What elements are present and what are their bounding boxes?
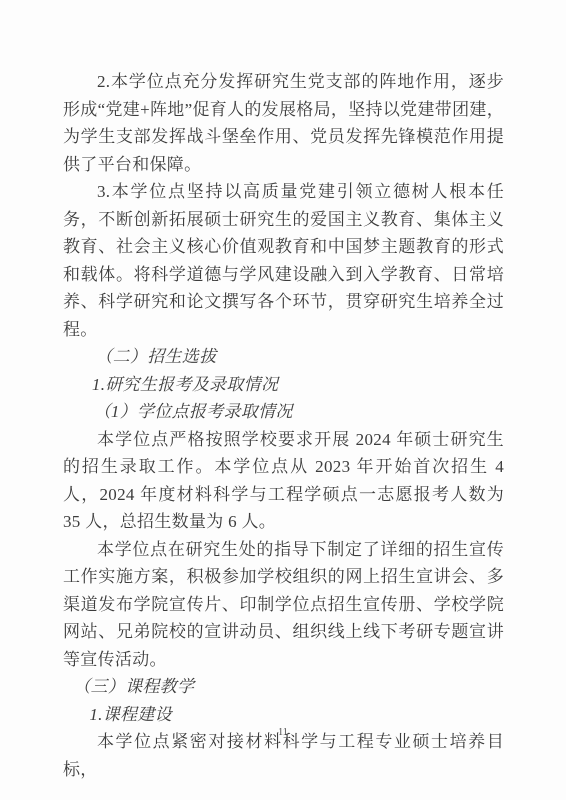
section-heading-recruitment: （二）招生选拔	[63, 343, 504, 371]
paragraph-promotion: 本学位点在研究生处的指导下制定了详细的招生宣传工作实施方案，积极参加学校组织的网…	[63, 536, 504, 674]
paragraph-party-position: 2.本学位点充分发挥研究生党支部的阵地作用，逐步形成“党建+阵地”促育人的发展格…	[63, 68, 504, 178]
document-page: 2.本学位点充分发挥研究生党支部的阵地作用，逐步形成“党建+阵地”促育人的发展格…	[0, 0, 566, 800]
subheading-course-construction: 1.课程建设	[63, 701, 504, 729]
paragraph-admission-numbers: 本学位点严格按照学校要求开展 2024 年硕士研究生的招生录取工作。本学位点从 …	[63, 426, 504, 536]
page-number: 11	[278, 726, 288, 740]
subheading-apply-admission-detail: （1）学位点报考录取情况	[63, 398, 504, 426]
paragraph-party-education: 3.本学位点坚持以高质量党建引领立德树人根本任务，不断创新拓展硕士研究生的爱国主…	[63, 178, 504, 343]
section-heading-course-teaching: （三）课程教学	[63, 673, 504, 701]
subheading-apply-admission: 1.研究生报考及录取情况	[63, 371, 504, 399]
